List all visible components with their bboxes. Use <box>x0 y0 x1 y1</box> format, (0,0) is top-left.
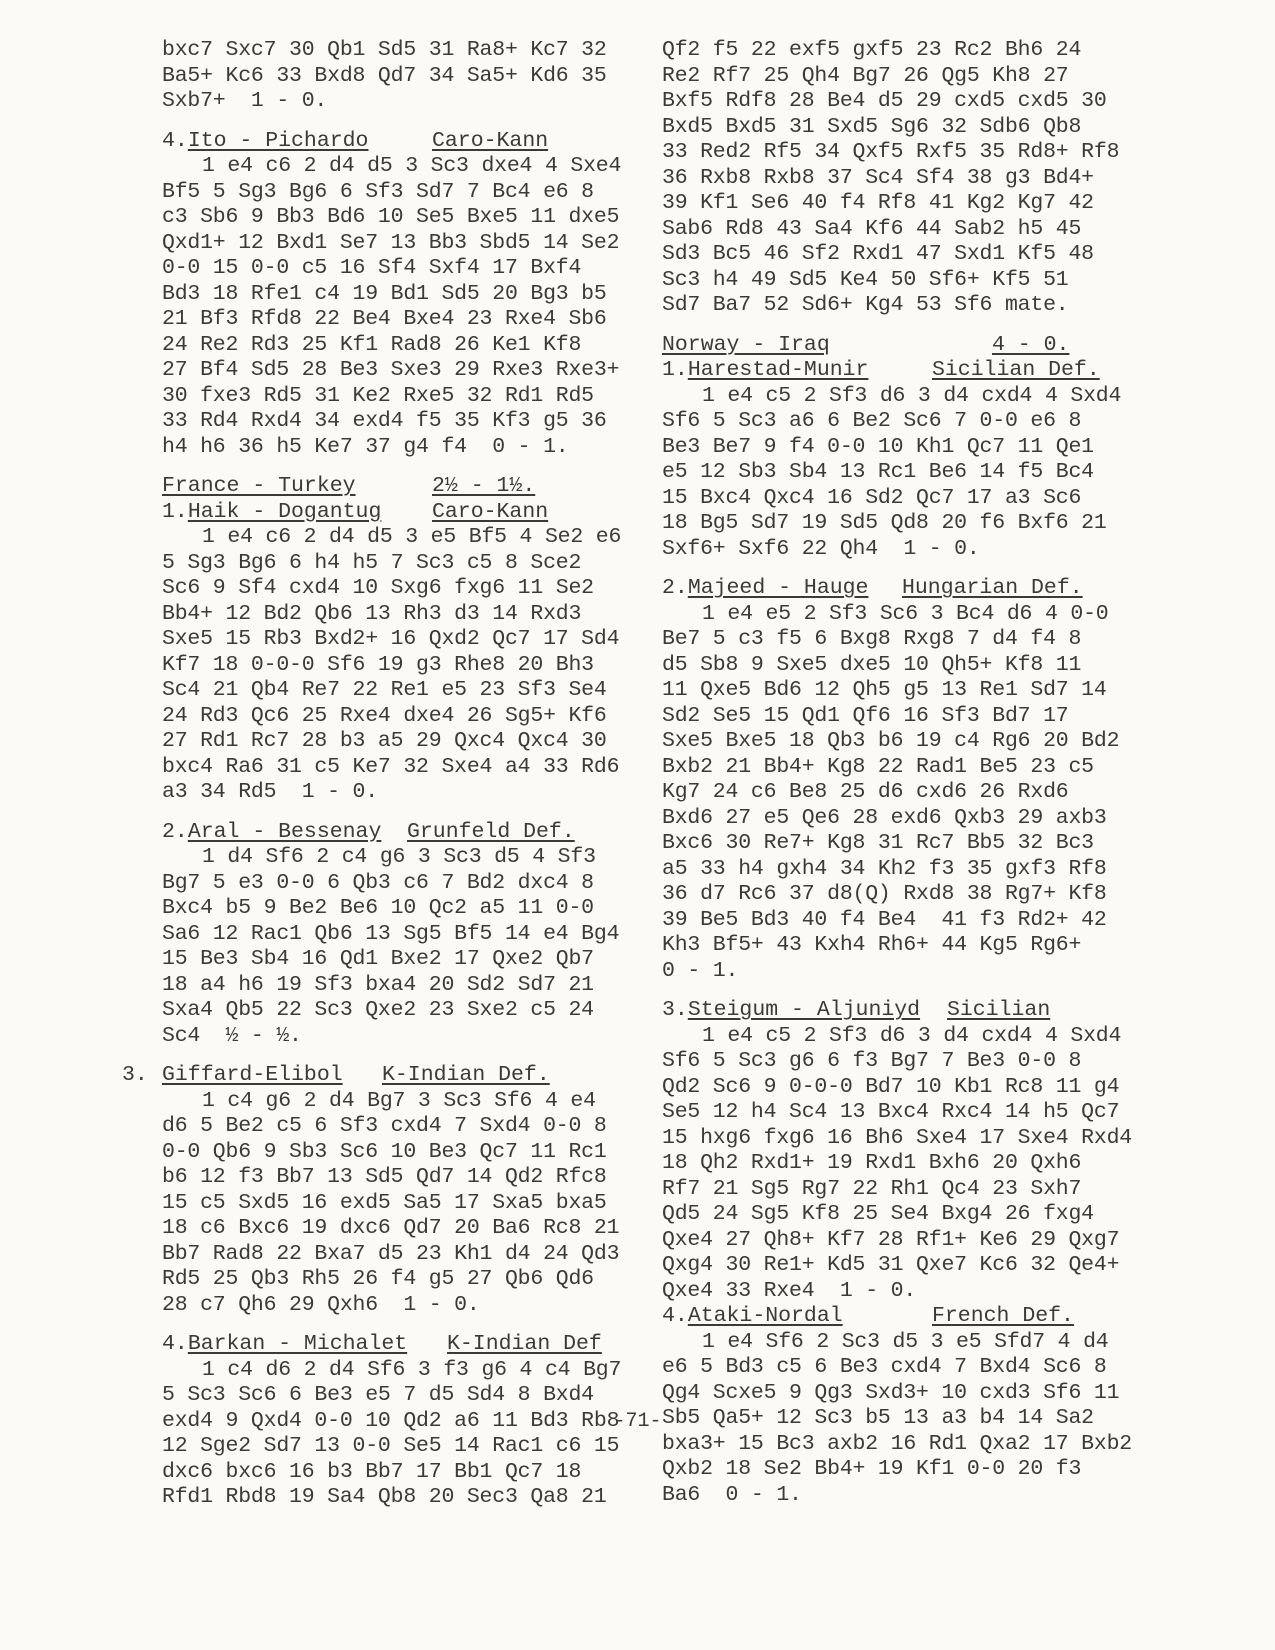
move-line: 0-0 15 0-0 c5 16 Sf4 Sxf4 17 Bxf4 <box>162 256 652 282</box>
move-line: Sd2 Se5 15 Qd1 Qf6 16 Sf3 Bd7 17 <box>662 704 1152 730</box>
move-line: 1 c4 g6 2 d4 Bg7 3 Sc3 Sf6 4 e4 <box>162 1089 652 1115</box>
move-line: 18 c6 Bxc6 19 dxc6 Qd7 20 Ba6 Rc8 21 <box>162 1216 652 1242</box>
game-number: 2. <box>662 576 688 600</box>
game-header: 1.Harestad-Munir Sicilian Def. <box>662 358 1152 384</box>
move-line: Kh3 Bf5+ 43 Kxh4 Rh6+ 44 Kg5 Rg6+ <box>662 933 1152 959</box>
right-column: Qf2 f5 22 exf5 gxf5 23 Rc2 Bh6 24Re2 Rf7… <box>662 38 1152 1508</box>
move-line: 11 Qxe5 Bd6 12 Qh5 g5 13 Re1 Sd7 14 <box>662 678 1152 704</box>
game-opening: Hungarian Def. <box>902 576 1083 602</box>
move-line: c3 Sb6 9 Bb3 Bd6 10 Se5 Bxe5 11 dxe5 <box>162 205 652 231</box>
match-score: 2½ - 1½. <box>432 474 535 500</box>
game-number: 3. <box>662 998 688 1022</box>
move-line: Sc3 h4 49 Sd5 Ke4 50 Sf6+ Kf5 51 <box>662 268 1152 294</box>
move-line: 24 Rd3 Qc6 25 Rxe4 dxe4 26 Sg5+ Kf6 <box>162 704 652 730</box>
game-header: 2.Majeed - Hauge Hungarian Def. <box>662 576 1152 602</box>
move-line: Bxf5 Rdf8 28 Be4 d5 29 cxd5 cxd5 30 <box>662 89 1152 115</box>
move-line: b6 12 f3 Bb7 13 Sd5 Qd7 14 Qd2 Rfc8 <box>162 1165 652 1191</box>
move-line: Ba5+ Kc6 33 Bxd8 Qd7 34 Sa5+ Kd6 35 <box>162 64 652 90</box>
move-line: Sd3 Bc5 46 Sf2 Rxd1 47 Sxd1 Kf5 48 <box>662 242 1152 268</box>
move-line: Bxd5 Bxd5 31 Sxd5 Sg6 32 Sdb6 Qb8 <box>662 115 1152 141</box>
game-players: Majeed - Hauge <box>688 576 869 600</box>
move-line: Sf6 5 Sc3 g6 6 f3 Bg7 7 Be3 0-0 8 <box>662 1049 1152 1075</box>
game-players: Haik - Dogantug <box>188 500 382 524</box>
move-line: 33 Red2 Rf5 34 Qxf5 Rxf5 35 Rd8+ Rf8 <box>662 140 1152 166</box>
move-line: 36 d7 Rc6 37 d8(Q) Rxd8 38 Rg7+ Kf8 <box>662 882 1152 908</box>
move-line: Sf6 5 Sc3 a6 6 Be2 Sc6 7 0-0 e6 8 <box>662 409 1152 435</box>
game-number: 4. <box>662 1304 688 1328</box>
move-line: 33 Rd4 Rxd4 34 exd4 f5 35 Kf3 g5 36 <box>162 409 652 435</box>
move-line: 18 Bg5 Sd7 19 Sd5 Qd8 20 f6 Bxf6 21 <box>662 511 1152 537</box>
move-line: Bf5 5 Sg3 Bg6 6 Sf3 Sd7 7 Bc4 e6 8 <box>162 180 652 206</box>
move-line: Qd5 24 Sg5 Kf8 25 Se4 Bxg4 26 fxg4 <box>662 1202 1152 1228</box>
move-line: Rfd1 Rbd8 19 Sa4 Qb8 20 Sec3 Qa8 21 <box>162 1485 652 1511</box>
move-line: Sxa4 Qb5 22 Sc3 Qxe2 23 Sxe2 c5 24 <box>162 998 652 1024</box>
game-moves: 1 e4 c5 2 Sf3 d6 3 d4 cxd4 4 Sxd4Sf6 5 S… <box>662 1024 1152 1305</box>
move-line: 5 Sc3 Sc6 6 Be3 e5 7 d5 Sd4 8 Bxd4 <box>162 1383 652 1409</box>
game-players: Giffard-Elibol <box>162 1063 343 1087</box>
match-teams: Norway - Iraq <box>662 333 830 357</box>
move-line: Sc6 9 Sf4 cxd4 10 Sxg6 fxg6 11 Se2 <box>162 576 652 602</box>
match-score: 4 - 0. <box>992 333 1069 359</box>
game-ataki-nordal: 4.Ataki-Nordal French Def. 1 e4 Sf6 2 Sc… <box>662 1304 1152 1508</box>
game-harestad-munir: 1.Harestad-Munir Sicilian Def. 1 e4 c5 2… <box>662 358 1152 562</box>
move-line: 15 Be3 Sb4 16 Qd1 Bxe2 17 Qxe2 Qb7 <box>162 947 652 973</box>
move-line: 1 c4 d6 2 d4 Sf6 3 f3 g6 4 c4 Bg7 <box>162 1358 652 1384</box>
move-line: Be3 Be7 9 f4 0-0 10 Kh1 Qc7 11 Qe1 <box>662 435 1152 461</box>
move-line: Qxb2 18 Se2 Bb4+ 19 Kf1 0-0 20 f3 <box>662 1457 1152 1483</box>
move-line: Qxd1+ 12 Bxd1 Se7 13 Bb3 Sbd5 14 Se2 <box>162 231 652 257</box>
move-line: Bb4+ 12 Bd2 Qb6 13 Rh3 d3 14 Rxd3 <box>162 602 652 628</box>
game-moves: 1 d4 Sf6 2 c4 g6 3 Sc3 d5 4 Sf3Bg7 5 e3 … <box>162 845 652 1049</box>
move-line: 27 Bf4 Sd5 28 Be3 Sxe3 29 Rxe3 Rxe3+ <box>162 358 652 384</box>
game-moves: 1 e4 c6 2 d4 d5 3 Sc3 dxe4 4 Sxe4Bf5 5 S… <box>162 154 652 460</box>
move-line: 39 Be5 Bd3 40 f4 Be4 41 f3 Rd2+ 42 <box>662 908 1152 934</box>
move-line: Bb7 Rad8 22 Bxa7 d5 23 Kh1 d4 24 Qd3 <box>162 1242 652 1268</box>
move-line: Bg7 5 e3 0-0 6 Qb3 c6 7 Bd2 dxc4 8 <box>162 871 652 897</box>
move-line: Be7 5 c3 f5 6 Bxg8 Rxg8 7 d4 f4 8 <box>662 627 1152 653</box>
move-line: 30 fxe3 Rd5 31 Ke2 Rxe5 32 Rd1 Rd5 <box>162 384 652 410</box>
game-majeed-hauge: 2.Majeed - Hauge Hungarian Def. 1 e4 e5 … <box>662 576 1152 984</box>
move-line: Bxc6 30 Re7+ Kg8 31 Rc7 Bb5 32 Bc3 <box>662 831 1152 857</box>
move-line: h4 h6 36 h5 Ke7 37 g4 f4 0 - 1. <box>162 435 652 461</box>
move-line: 39 Kf1 Se6 40 f4 Rf8 41 Kg2 Kg7 42 <box>662 191 1152 217</box>
move-line: Kg7 24 c6 Be8 25 d6 cxd6 26 Rxd6 <box>662 780 1152 806</box>
scanned-page: bxc7 Sxc7 30 Qb1 Sd5 31 Ra8+ Kc7 32Ba5+ … <box>0 0 1275 1650</box>
game-number: 2. <box>162 820 188 844</box>
move-line: Bd3 18 Rfe1 c4 19 Bd1 Sd5 20 Bg3 b5 <box>162 282 652 308</box>
move-line: d6 5 Be2 c5 6 Sf3 cxd4 7 Sxd4 0-0 8 <box>162 1114 652 1140</box>
game-haik-dogantug: 1.Haik - Dogantug Caro-Kann 1 e4 c6 2 d4… <box>162 500 652 806</box>
game-header: 4.Barkan - Michalet K-Indian Def <box>162 1332 652 1358</box>
game-header: 2.Aral - Bessenay Grunfeld Def. <box>162 820 652 846</box>
page-number: -71- <box>0 1410 1275 1433</box>
move-line: Sxf6+ Sxf6 22 Qh4 1 - 0. <box>662 537 1152 563</box>
continued-game: Qf2 f5 22 exf5 gxf5 23 Rc2 Bh6 24Re2 Rf7… <box>662 38 1152 319</box>
match-france-turkey: France - Turkey 2½ - 1½. <box>162 474 652 500</box>
move-line: Rd5 25 Qb3 Rh5 26 f4 g5 27 Qb6 Qd6 <box>162 1267 652 1293</box>
move-line: 1 e4 c5 2 Sf3 d6 3 d4 cxd4 4 Sxd4 <box>662 1024 1152 1050</box>
move-line: Qxg4 30 Re1+ Kd5 31 Qxe7 Kc6 32 Qe4+ <box>662 1253 1152 1279</box>
match-teams: France - Turkey <box>162 474 356 498</box>
game-header: 4.Ataki-Nordal French Def. <box>662 1304 1152 1330</box>
move-line: 18 a4 h6 19 Sf3 bxa4 20 Sd2 Sd7 21 <box>162 973 652 999</box>
move-line: 0 - 1. <box>662 959 1152 985</box>
move-line: 1 e4 e5 2 Sf3 Sc6 3 Bc4 d6 4 0-0 <box>662 602 1152 628</box>
move-line: Rf7 21 Sg5 Rg7 22 Rh1 Qc4 23 Sxh7 <box>662 1177 1152 1203</box>
move-line: Bxc4 b5 9 Be2 Be6 10 Qc2 a5 11 0-0 <box>162 896 652 922</box>
move-line: Qg4 Scxe5 9 Qg3 Sxd3+ 10 cxd3 Sf6 11 <box>662 1381 1152 1407</box>
move-line: 24 Re2 Rd3 25 Kf1 Rad8 26 Ke1 Kf8 <box>162 333 652 359</box>
move-line: 15 Bxc4 Qxc4 16 Sd2 Qc7 17 a3 Sc6 <box>662 486 1152 512</box>
move-line: Qf2 f5 22 exf5 gxf5 23 Rc2 Bh6 24 <box>662 38 1152 64</box>
game-players: Harestad-Munir <box>688 358 869 382</box>
move-line: Sc4 21 Qb4 Re7 22 Re1 e5 23 Sf3 Se4 <box>162 678 652 704</box>
move-line: d5 Sb8 9 Sxe5 dxe5 10 Qh5+ Kf8 11 <box>662 653 1152 679</box>
move-line: Qxe4 33 Rxe4 1 - 0. <box>662 1279 1152 1305</box>
game-giffard-elibol: 3. Giffard-Elibol K-Indian Def. 1 c4 g6 … <box>162 1063 652 1318</box>
move-line: Se5 12 h4 Sc4 13 Bxc4 Rxc4 14 h5 Qc7 <box>662 1100 1152 1126</box>
move-line: Sc4 ½ - ½. <box>162 1024 652 1050</box>
game-opening: French Def. <box>932 1304 1074 1330</box>
move-line: Sxb7+ 1 - 0. <box>162 89 652 115</box>
move-line: Sxe5 15 Rb3 Bxd2+ 16 Qxd2 Qc7 17 Sd4 <box>162 627 652 653</box>
game-opening: Sicilian Def. <box>932 358 1100 384</box>
game-opening: K-Indian Def <box>447 1332 602 1358</box>
move-line: Qxe4 27 Qh8+ Kf7 28 Rf1+ Ke6 29 Qxg7 <box>662 1228 1152 1254</box>
move-line: Sxe5 Bxe5 18 Qb3 b6 19 c4 Rg6 20 Bd2 <box>662 729 1152 755</box>
game-moves: 1 c4 g6 2 d4 Bg7 3 Sc3 Sf6 4 e4d6 5 Be2 … <box>162 1089 652 1319</box>
move-line: 1 e4 c6 2 d4 d5 3 Sc3 dxe4 4 Sxe4 <box>162 154 652 180</box>
move-line: Qd2 Sc6 9 0-0-0 Bd7 10 Kb1 Rc8 11 g4 <box>662 1075 1152 1101</box>
move-line: Sd7 Ba7 52 Sd6+ Kg4 53 Sf6 mate. <box>662 293 1152 319</box>
game-opening: Caro-Kann <box>432 500 548 526</box>
move-line: Re2 Rf7 25 Qh4 Bg7 26 Qg5 Kh8 27 <box>662 64 1152 90</box>
game-players: Ataki-Nordal <box>688 1304 843 1328</box>
game-header: 3.Steigum - Aljuniyd Sicilian <box>662 998 1152 1024</box>
move-line: 12 Sge2 Sd7 13 0-0 Se5 14 Rac1 c6 15 <box>162 1434 652 1460</box>
game-steigum-aljuniyd: 3.Steigum - Aljuniyd Sicilian 1 e4 c5 2 … <box>662 998 1152 1304</box>
move-line: e6 5 Bd3 c5 6 Be3 cxd4 7 Bxd4 Sc6 8 <box>662 1355 1152 1381</box>
game-players: Aral - Bessenay <box>188 820 382 844</box>
move-line: Kf7 18 0-0-0 Sf6 19 g3 Rhe8 20 Bh3 <box>162 653 652 679</box>
game-ito-pichardo: 4.Ito - Pichardo Caro-Kann 1 e4 c6 2 d4 … <box>162 129 652 461</box>
move-line: 28 c7 Qh6 29 Qxh6 1 - 0. <box>162 1293 652 1319</box>
move-line: e5 12 Sb3 Sb4 13 Rc1 Be6 14 f5 Bc4 <box>662 460 1152 486</box>
move-line: 1 d4 Sf6 2 c4 g6 3 Sc3 d5 4 Sf3 <box>162 845 652 871</box>
game-number: 1. <box>162 500 188 524</box>
move-line: 1 e4 Sf6 2 Sc3 d5 3 e5 Sfd7 4 d4 <box>662 1330 1152 1356</box>
game-number: 3. <box>122 1063 148 1089</box>
move-line: a3 34 Rd5 1 - 0. <box>162 780 652 806</box>
move-line: Bxd6 27 e5 Qe6 28 exd6 Qxb3 29 axb3 <box>662 806 1152 832</box>
move-line: dxc6 bxc6 16 b3 Bb7 17 Bb1 Qc7 18 <box>162 1460 652 1486</box>
game-opening: Sicilian <box>947 998 1050 1024</box>
game-players: Ito - Pichardo <box>188 129 369 153</box>
match-header: Norway - Iraq 4 - 0. <box>662 333 1152 359</box>
move-line: 36 Rxb8 Rxb8 37 Sc4 Sf4 38 g3 Bd4+ <box>662 166 1152 192</box>
game-moves: 1 e4 e5 2 Sf3 Sc6 3 Bc4 d6 4 0-0Be7 5 c3… <box>662 602 1152 985</box>
game-header: 4.Ito - Pichardo Caro-Kann <box>162 129 652 155</box>
match-norway-iraq: Norway - Iraq 4 - 0. <box>662 333 1152 359</box>
move-line: Bxb2 21 Bb4+ Kg8 22 Rad1 Be5 23 c5 <box>662 755 1152 781</box>
game-players: Steigum - Aljuniyd <box>688 998 920 1022</box>
move-line: 15 c5 Sxd5 16 exd5 Sa5 17 Sxa5 bxa5 <box>162 1191 652 1217</box>
game-aral-bessenay: 2.Aral - Bessenay Grunfeld Def. 1 d4 Sf6… <box>162 820 652 1050</box>
move-line: 5 Sg3 Bg6 6 h4 h5 7 Sc3 c5 8 Sce2 <box>162 551 652 577</box>
move-line: bxc7 Sxc7 30 Qb1 Sd5 31 Ra8+ Kc7 32 <box>162 38 652 64</box>
move-line: bxc4 Ra6 31 c5 Ke7 32 Sxe4 a4 33 Rd6 <box>162 755 652 781</box>
game-players: Barkan - Michalet <box>188 1332 407 1356</box>
move-line: a5 33 h4 gxh4 34 Kh2 f3 35 gxf3 Rf8 <box>662 857 1152 883</box>
continued-game: bxc7 Sxc7 30 Qb1 Sd5 31 Ra8+ Kc7 32Ba5+ … <box>162 38 652 115</box>
move-line: 21 Bf3 Rfd8 22 Be4 Bxe4 23 Rxe4 Sb6 <box>162 307 652 333</box>
move-line: bxa3+ 15 Bc3 axb2 16 Rd1 Qxa2 17 Bxb2 <box>662 1432 1152 1458</box>
move-line: Sab6 Rd8 43 Sa4 Kf6 44 Sab2 h5 45 <box>662 217 1152 243</box>
move-line: 18 Qh2 Rxd1+ 19 Rxd1 Bxh6 20 Qxh6 <box>662 1151 1152 1177</box>
move-line: 1 e4 c6 2 d4 d5 3 e5 Bf5 4 Se2 e6 <box>162 525 652 551</box>
game-opening: Grunfeld Def. <box>407 820 575 846</box>
match-header: France - Turkey 2½ - 1½. <box>162 474 652 500</box>
game-moves: 1 e4 c5 2 Sf3 d6 3 d4 cxd4 4 Sxd4Sf6 5 S… <box>662 384 1152 563</box>
game-header: 3. Giffard-Elibol K-Indian Def. <box>162 1063 652 1089</box>
game-number: 1. <box>662 358 688 382</box>
move-line: 15 hxg6 fxg6 16 Bh6 Sxe4 17 Sxe4 Rxd4 <box>662 1126 1152 1152</box>
game-moves: 1 e4 c6 2 d4 d5 3 e5 Bf5 4 Se2 e65 Sg3 B… <box>162 525 652 806</box>
game-opening: K-Indian Def. <box>382 1063 550 1089</box>
left-column: bxc7 Sxc7 30 Qb1 Sd5 31 Ra8+ Kc7 32Ba5+ … <box>162 38 652 1511</box>
game-number: 4. <box>162 129 188 153</box>
move-line: Sa6 12 Rac1 Qb6 13 Sg5 Bf5 14 e4 Bg4 <box>162 922 652 948</box>
move-line: 27 Rd1 Rc7 28 b3 a5 29 Qxc4 Qxc4 30 <box>162 729 652 755</box>
game-number: 4. <box>162 1332 188 1356</box>
move-line: 1 e4 c5 2 Sf3 d6 3 d4 cxd4 4 Sxd4 <box>662 384 1152 410</box>
move-line: Ba6 0 - 1. <box>662 1483 1152 1509</box>
game-moves: 1 c4 d6 2 d4 Sf6 3 f3 g6 4 c4 Bg75 Sc3 S… <box>162 1358 652 1511</box>
move-line: 0-0 Qb6 9 Sb3 Sc6 10 Be3 Qc7 11 Rc1 <box>162 1140 652 1166</box>
game-opening: Caro-Kann <box>432 129 548 155</box>
game-header: 1.Haik - Dogantug Caro-Kann <box>162 500 652 526</box>
